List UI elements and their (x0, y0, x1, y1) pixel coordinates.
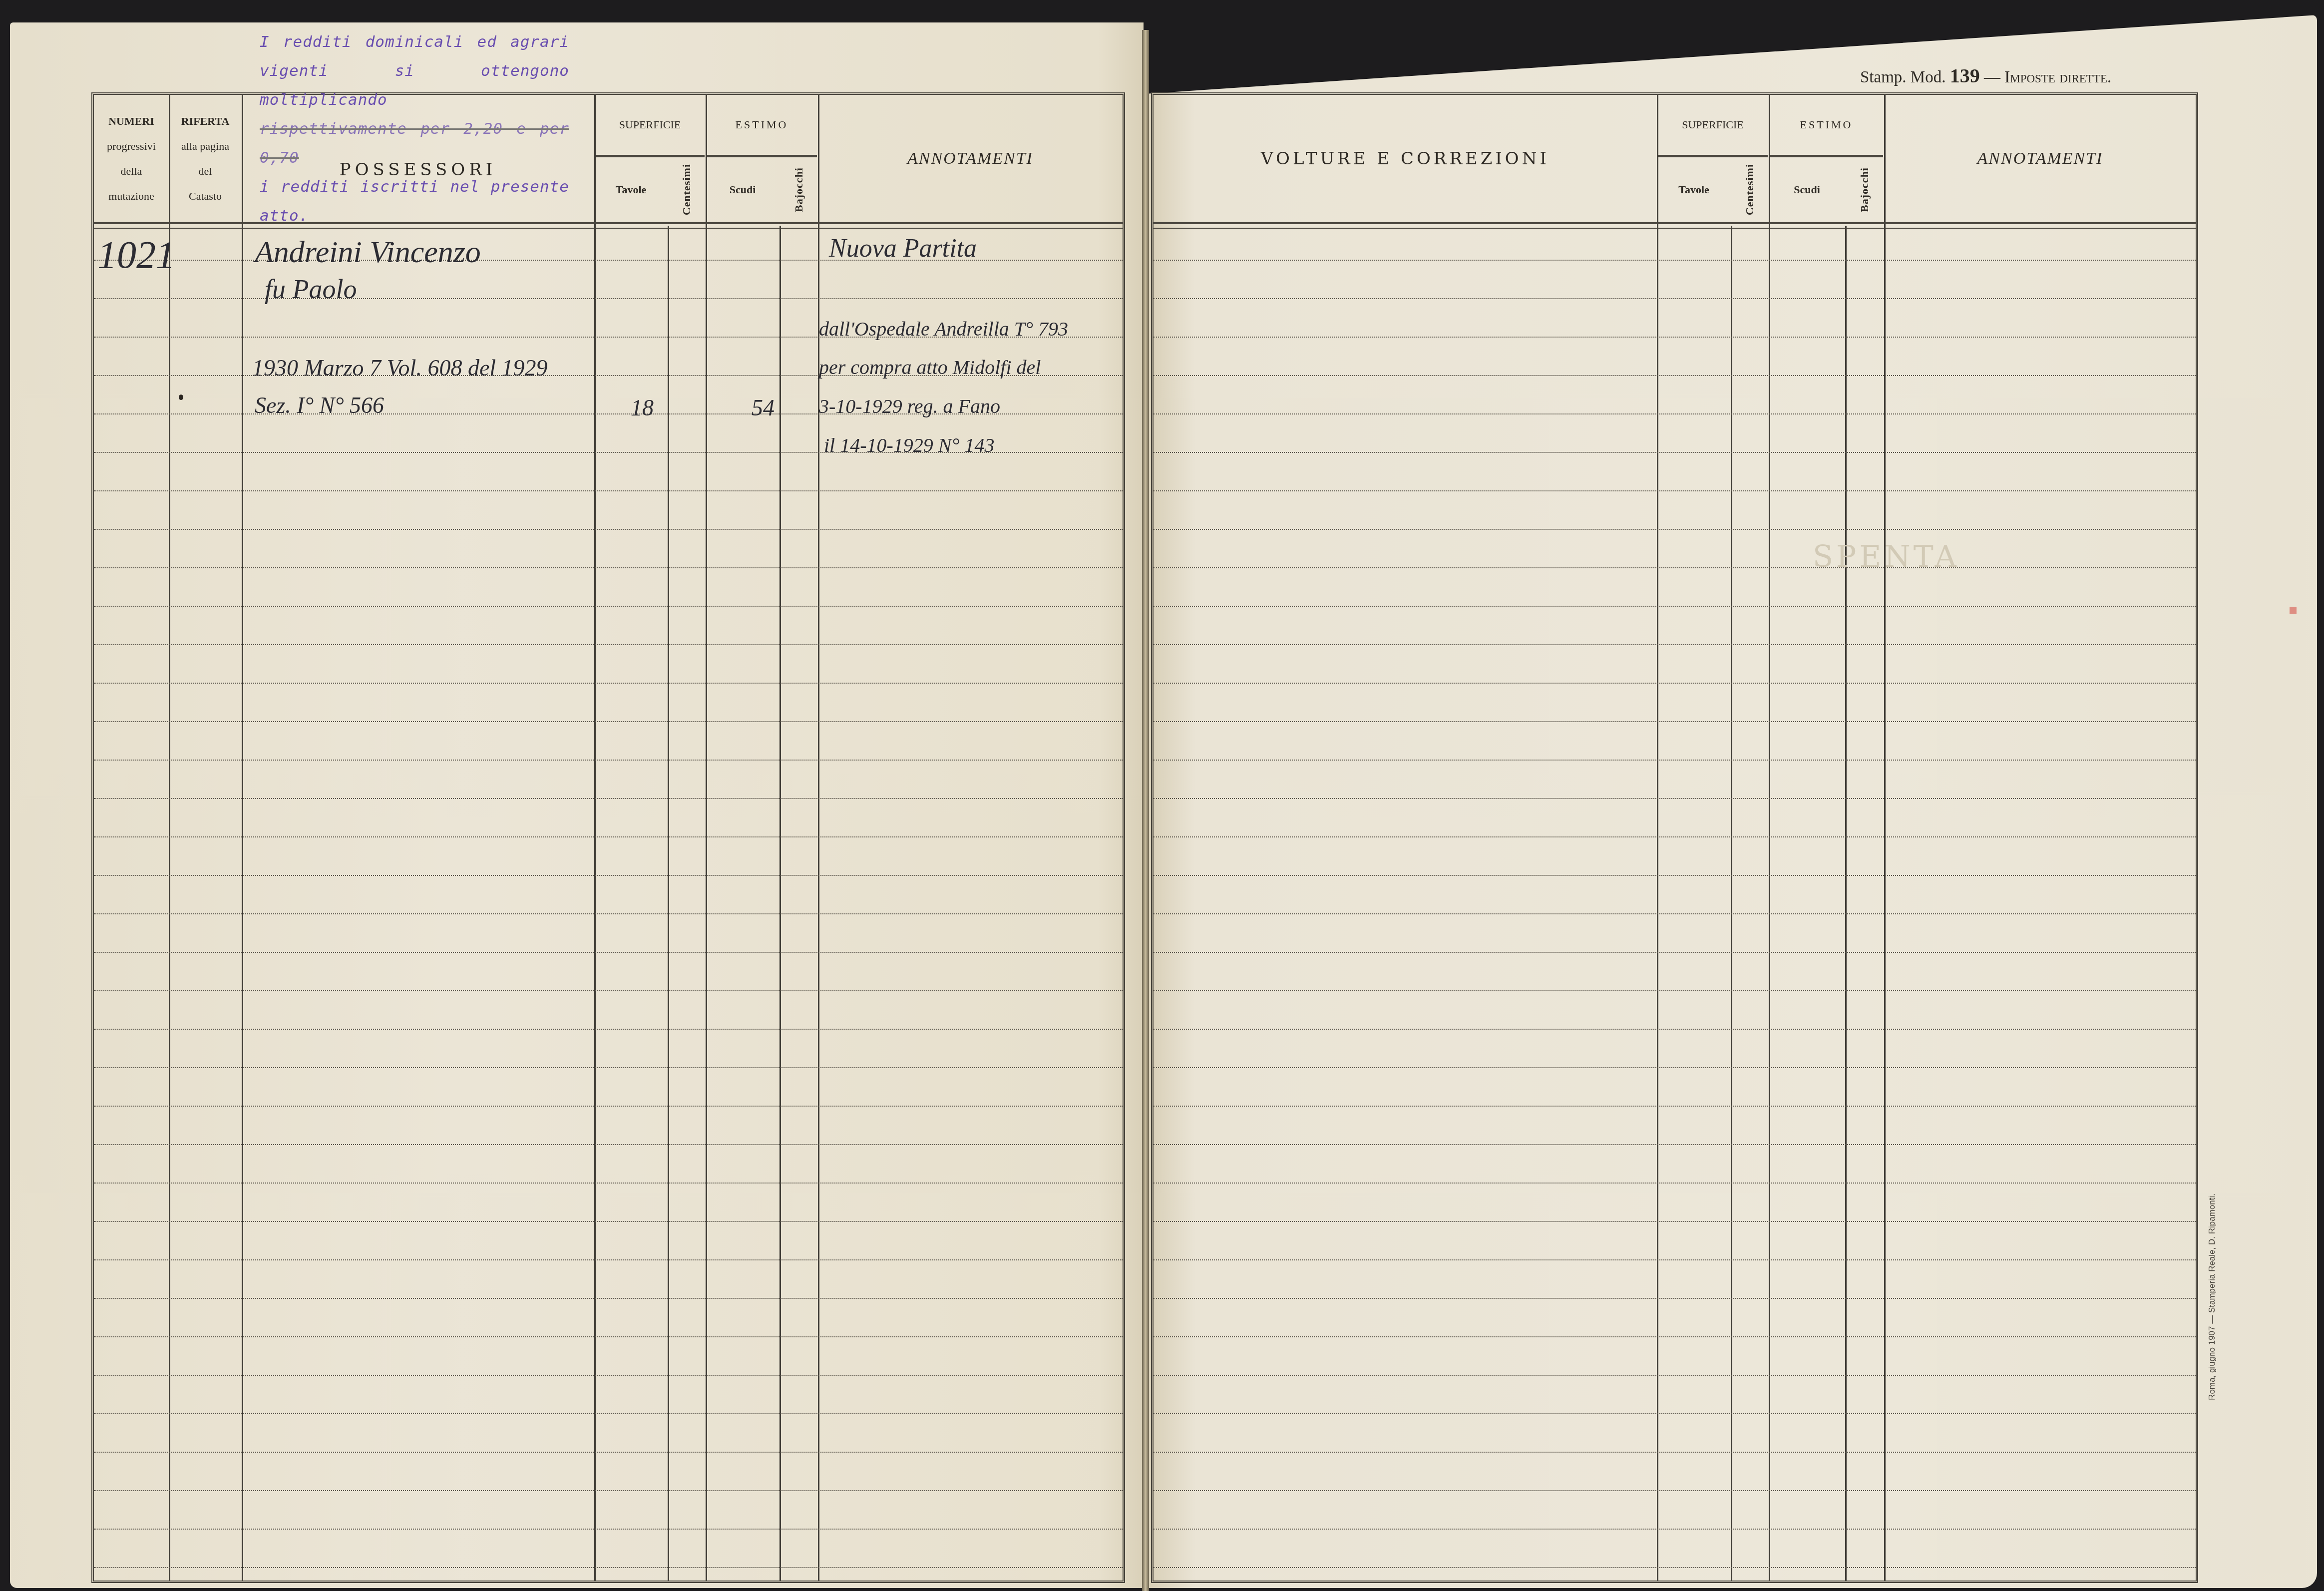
row-rule (1154, 875, 2196, 876)
red-tab-mark (2290, 607, 2297, 614)
row-rule (1154, 337, 2196, 338)
row-rule (94, 1452, 1123, 1453)
row-rule (1154, 1029, 2196, 1030)
header-text: progressivi (107, 134, 156, 159)
header-text: Bajocchi (792, 167, 805, 212)
header-volture: VOLTURE E CORREZIONI (1154, 95, 1657, 222)
row-rule (1154, 760, 2196, 761)
entry-tavole: 18 (631, 395, 654, 421)
header-bajocchi: Bajocchi (1845, 157, 1884, 222)
row-rule (1154, 1183, 2196, 1184)
header-text: del (199, 159, 212, 184)
row-rule (94, 1183, 1123, 1184)
row-rule (94, 721, 1123, 722)
row-rule (94, 490, 1123, 491)
header-riferta: RIFERTA alla pagina del Catasto (169, 95, 242, 222)
form-number: 139 (1950, 64, 1980, 87)
book-spine (1142, 30, 1149, 1591)
entry-annotamento-1: Nuova Partita (829, 234, 977, 263)
row-rule (94, 298, 1123, 299)
row-rule (1154, 1452, 2196, 1453)
col-divider (1731, 226, 1732, 1581)
header-rule (1154, 222, 2196, 229)
right-ledger-table: VOLTURE E CORREZIONI SUPERFICIE ESTIMO T… (1151, 92, 2198, 1583)
row-rule (1154, 413, 2196, 414)
row-rule (1154, 990, 2196, 991)
col-divider (1769, 95, 1770, 1581)
header-scudi: Scudi (706, 157, 779, 222)
header-text: mutazione (108, 184, 154, 209)
row-rule (94, 1259, 1123, 1260)
form-id: Stamp. Mod. 139 — Imposte dirette. (1860, 64, 2111, 87)
entry-scudi: 54 (752, 395, 775, 421)
row-rule (94, 567, 1123, 568)
col-divider (594, 95, 596, 1581)
row-rule (94, 1529, 1123, 1530)
row-rule (1154, 452, 2196, 453)
header-text: NUMERI (108, 109, 154, 134)
stamp-note: I redditi dominicali ed agrari vigenti s… (260, 27, 569, 230)
row-rule (1154, 1336, 2196, 1337)
col-divider (668, 226, 669, 1581)
row-rule (1154, 913, 2196, 914)
row-rule (94, 1298, 1123, 1299)
row-rule (1154, 1490, 2196, 1491)
form-prefix: Stamp. Mod. (1860, 68, 1945, 86)
stamp-line-2: vigenti si ottengono moltiplicando (260, 56, 569, 114)
row-rule (94, 1567, 1123, 1568)
entry-annotamento-3: per compra atto Midolfi del (819, 356, 1041, 379)
row-rule (1154, 836, 2196, 837)
col-divider (779, 226, 781, 1581)
row-rule (1154, 1144, 2196, 1145)
header-text: Centesimi (680, 164, 693, 215)
row-rule (94, 760, 1123, 761)
row-rule (94, 606, 1123, 607)
stamp-line-4: i redditi iscritti nel presente atto. (260, 172, 569, 230)
col-divider (1845, 226, 1847, 1581)
row-rule (94, 1375, 1123, 1376)
row-rule (1154, 1221, 2196, 1222)
col-divider (706, 95, 707, 1581)
row-rule (94, 990, 1123, 991)
row-rule (1154, 567, 2196, 568)
row-rule (1154, 1298, 2196, 1299)
row-rule (1154, 683, 2196, 684)
row-rule (1154, 490, 2196, 491)
header-annotamenti: ANNOTAMENTI (818, 95, 1123, 222)
header-superficie: SUPERFICIE (1657, 95, 1769, 155)
header-tavole: Tavole (594, 157, 668, 222)
header-scudi: Scudi (1769, 157, 1845, 222)
row-rule (1154, 952, 2196, 953)
entry-registrazione-line1: 1930 Marzo 7 Vol. 608 del 1929 (252, 355, 548, 381)
stamp-line-3: rispettivamente per 2,20 e per 0,70 (260, 114, 569, 172)
header-text: della (121, 159, 142, 184)
row-rule (1154, 529, 2196, 530)
row-rule (94, 1336, 1123, 1337)
row-rule (94, 1221, 1123, 1222)
row-rule (94, 529, 1123, 530)
row-rule (1154, 606, 2196, 607)
row-rule (1154, 1413, 2196, 1414)
bleed-through-text: SPENTA (1813, 539, 1959, 574)
row-rule (1154, 721, 2196, 722)
header-text: Centesimi (1743, 164, 1756, 215)
row-rule (94, 836, 1123, 837)
row-rule (94, 1106, 1123, 1107)
row-rule (1154, 798, 2196, 799)
stamp-line-1: I redditi dominicali ed agrari (260, 27, 569, 56)
entry-registrazione-line2: Sez. I° N° 566 (255, 392, 384, 418)
row-rule (1154, 1106, 2196, 1107)
header-text: alla pagina (181, 134, 229, 159)
ink-spot (179, 395, 183, 400)
form-title: Imposte dirette. (2004, 68, 2111, 86)
row-rule (1154, 298, 2196, 299)
col-divider (1884, 95, 1886, 1581)
row-rule (94, 798, 1123, 799)
row-rule (94, 644, 1123, 645)
header-rule (94, 222, 1123, 229)
header-bajocchi: Bajocchi (779, 157, 818, 222)
header-annotamenti: ANNOTAMENTI (1884, 95, 2196, 222)
row-rule (1154, 260, 2196, 261)
row-rule (94, 1029, 1123, 1030)
header-estimo: ESTIMO (706, 95, 818, 155)
row-rule (1154, 644, 2196, 645)
header-text: Bajocchi (1858, 167, 1871, 212)
row-rule (94, 875, 1123, 876)
row-rule (1154, 375, 2196, 376)
col-divider (169, 95, 170, 1581)
row-rule (94, 1490, 1123, 1491)
row-rule (94, 1067, 1123, 1068)
col-divider (242, 95, 243, 1581)
header-centesimi: Centesimi (668, 157, 706, 222)
left-ledger-table: NUMERI progressivi della mutazione RIFER… (91, 92, 1125, 1583)
entry-possessore-line2: fu Paolo (265, 274, 357, 305)
row-rule (94, 913, 1123, 914)
col-divider (1657, 95, 1658, 1581)
row-rule (1154, 1259, 2196, 1260)
row-rule (1154, 1067, 2196, 1068)
form-separator: — (1984, 68, 2000, 86)
header-text: RIFERTA (181, 109, 230, 134)
entry-annotamento-5: il 14-10-1929 N° 143 (824, 433, 995, 457)
entry-possessore-line1: Andreini Vincenzo (255, 235, 481, 270)
row-rule (94, 952, 1123, 953)
header-numeri: NUMERI progressivi della mutazione (94, 95, 169, 222)
entry-annotamento-4: 3-10-1929 reg. a Fano (819, 395, 1000, 418)
printer-note: Roma, giugno 1907 — Stamperia Reale, D. … (2207, 1193, 2217, 1400)
header-tavole: Tavole (1657, 157, 1731, 222)
row-rule (94, 683, 1123, 684)
entry-annotamento-2: dall'Ospedale Andreilla T° 793 (819, 317, 1068, 341)
header-estimo: ESTIMO (1769, 95, 1884, 155)
row-rule (1154, 1529, 2196, 1530)
row-rule (1154, 1567, 2196, 1568)
row-rule (94, 1144, 1123, 1145)
row-rule (94, 1413, 1123, 1414)
entry-numero: 1021 (97, 232, 175, 277)
header-text: Catasto (189, 184, 222, 209)
row-rule (1154, 1375, 2196, 1376)
header-superficie: SUPERFICIE (594, 95, 706, 155)
header-centesimi: Centesimi (1731, 157, 1769, 222)
